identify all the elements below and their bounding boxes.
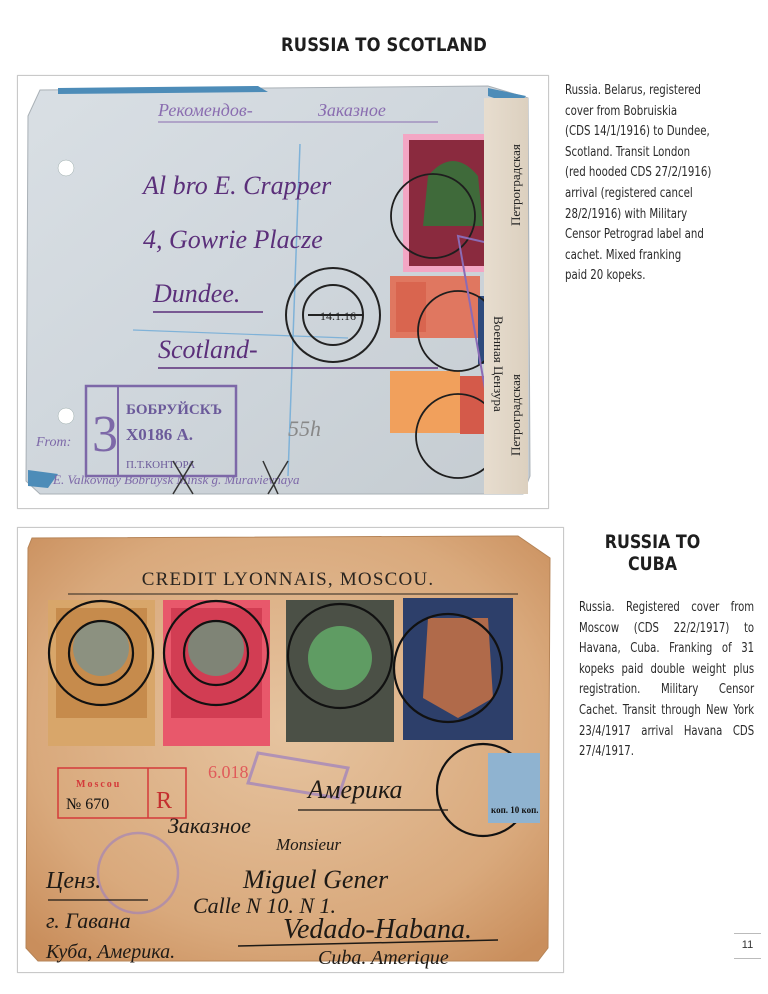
svg-text:Dundee.: Dundee. [152,279,240,308]
svg-text:коп. 10 коп.: коп. 10 коп. [491,805,539,815]
svg-text:Куба, Америка.: Куба, Америка. [45,941,175,963]
svg-text:E. Valkovnay Bobruysk Minsk g.: E. Valkovnay Bobruysk Minsk g. Muravievn… [52,472,300,487]
cover-image-russia-cuba: CREDIT LYONNAIS, MOSCOU. коп. 10 коп. [17,527,564,973]
svg-text:БОБРУЙСКЪ: БОБРУЙСКЪ [126,401,222,418]
cover-image-russia-scotland: Рекомендов- Заказное Al bro E. Crapper 4… [17,75,549,509]
svg-text:г. Гавана: г. Гавана [46,908,131,933]
svg-text:Al bro E. Crapper: Al bro E. Crapper [141,171,332,200]
svg-text:Рекомендов-: Рекомендов- [157,100,253,120]
svg-text:Ценз.: Ценз. [45,868,101,894]
svg-text:CREDIT LYONNAIS, MOSCOU.: CREDIT LYONNAIS, MOSCOU. [142,569,435,590]
svg-text:Америка: Америка [306,775,403,804]
svg-text:Военная Цензура: Военная Цензура [491,316,506,412]
svg-text:14.1.16: 14.1.16 [320,309,356,323]
svg-text:Monsieur: Monsieur [275,835,342,854]
page-number: 11 [734,933,761,959]
svg-text:Miguel Gener: Miguel Gener [242,865,389,894]
cover2-title-line-1: RUSSIA TO [586,532,719,554]
svg-text:4, Gowrie Placze: 4, Gowrie Placze [143,225,323,254]
svg-text:Петроградская: Петроградская [508,374,523,456]
cover2-description: Russia. Registered cover from Moscow (CD… [579,598,754,763]
svg-text:Заказное: Заказное [318,100,386,120]
svg-text:Moscou: Moscou [76,779,121,790]
svg-text:Cuba. Amerique: Cuba. Amerique [318,947,449,969]
cover2-title-line-2: CUBA [586,554,719,576]
svg-text:№ 670: № 670 [66,796,109,813]
svg-text:Заказное: Заказное [168,813,251,838]
svg-text:П.Т.КОНТОРА: П.Т.КОНТОРА [126,459,195,471]
cover2-title: RUSSIA TO CUBA [586,532,719,576]
svg-text:From:: From: [35,435,71,450]
svg-text:Х0186 А.: Х0186 А. [126,425,193,444]
svg-text:Vedado-Habana.: Vedado-Habana. [283,914,472,945]
svg-text:3: 3 [92,406,118,463]
svg-text:Петроградская: Петроградская [508,144,523,226]
svg-text:R: R [156,788,172,814]
svg-text:Scotland-: Scotland- [158,335,258,364]
page-title: RUSSIA TO SCOTLAND [54,34,714,56]
svg-text:55h: 55h [288,416,321,441]
cover1-description: Russia. Belarus, registered cover from B… [565,81,728,287]
svg-text:6.018: 6.018 [208,762,249,782]
